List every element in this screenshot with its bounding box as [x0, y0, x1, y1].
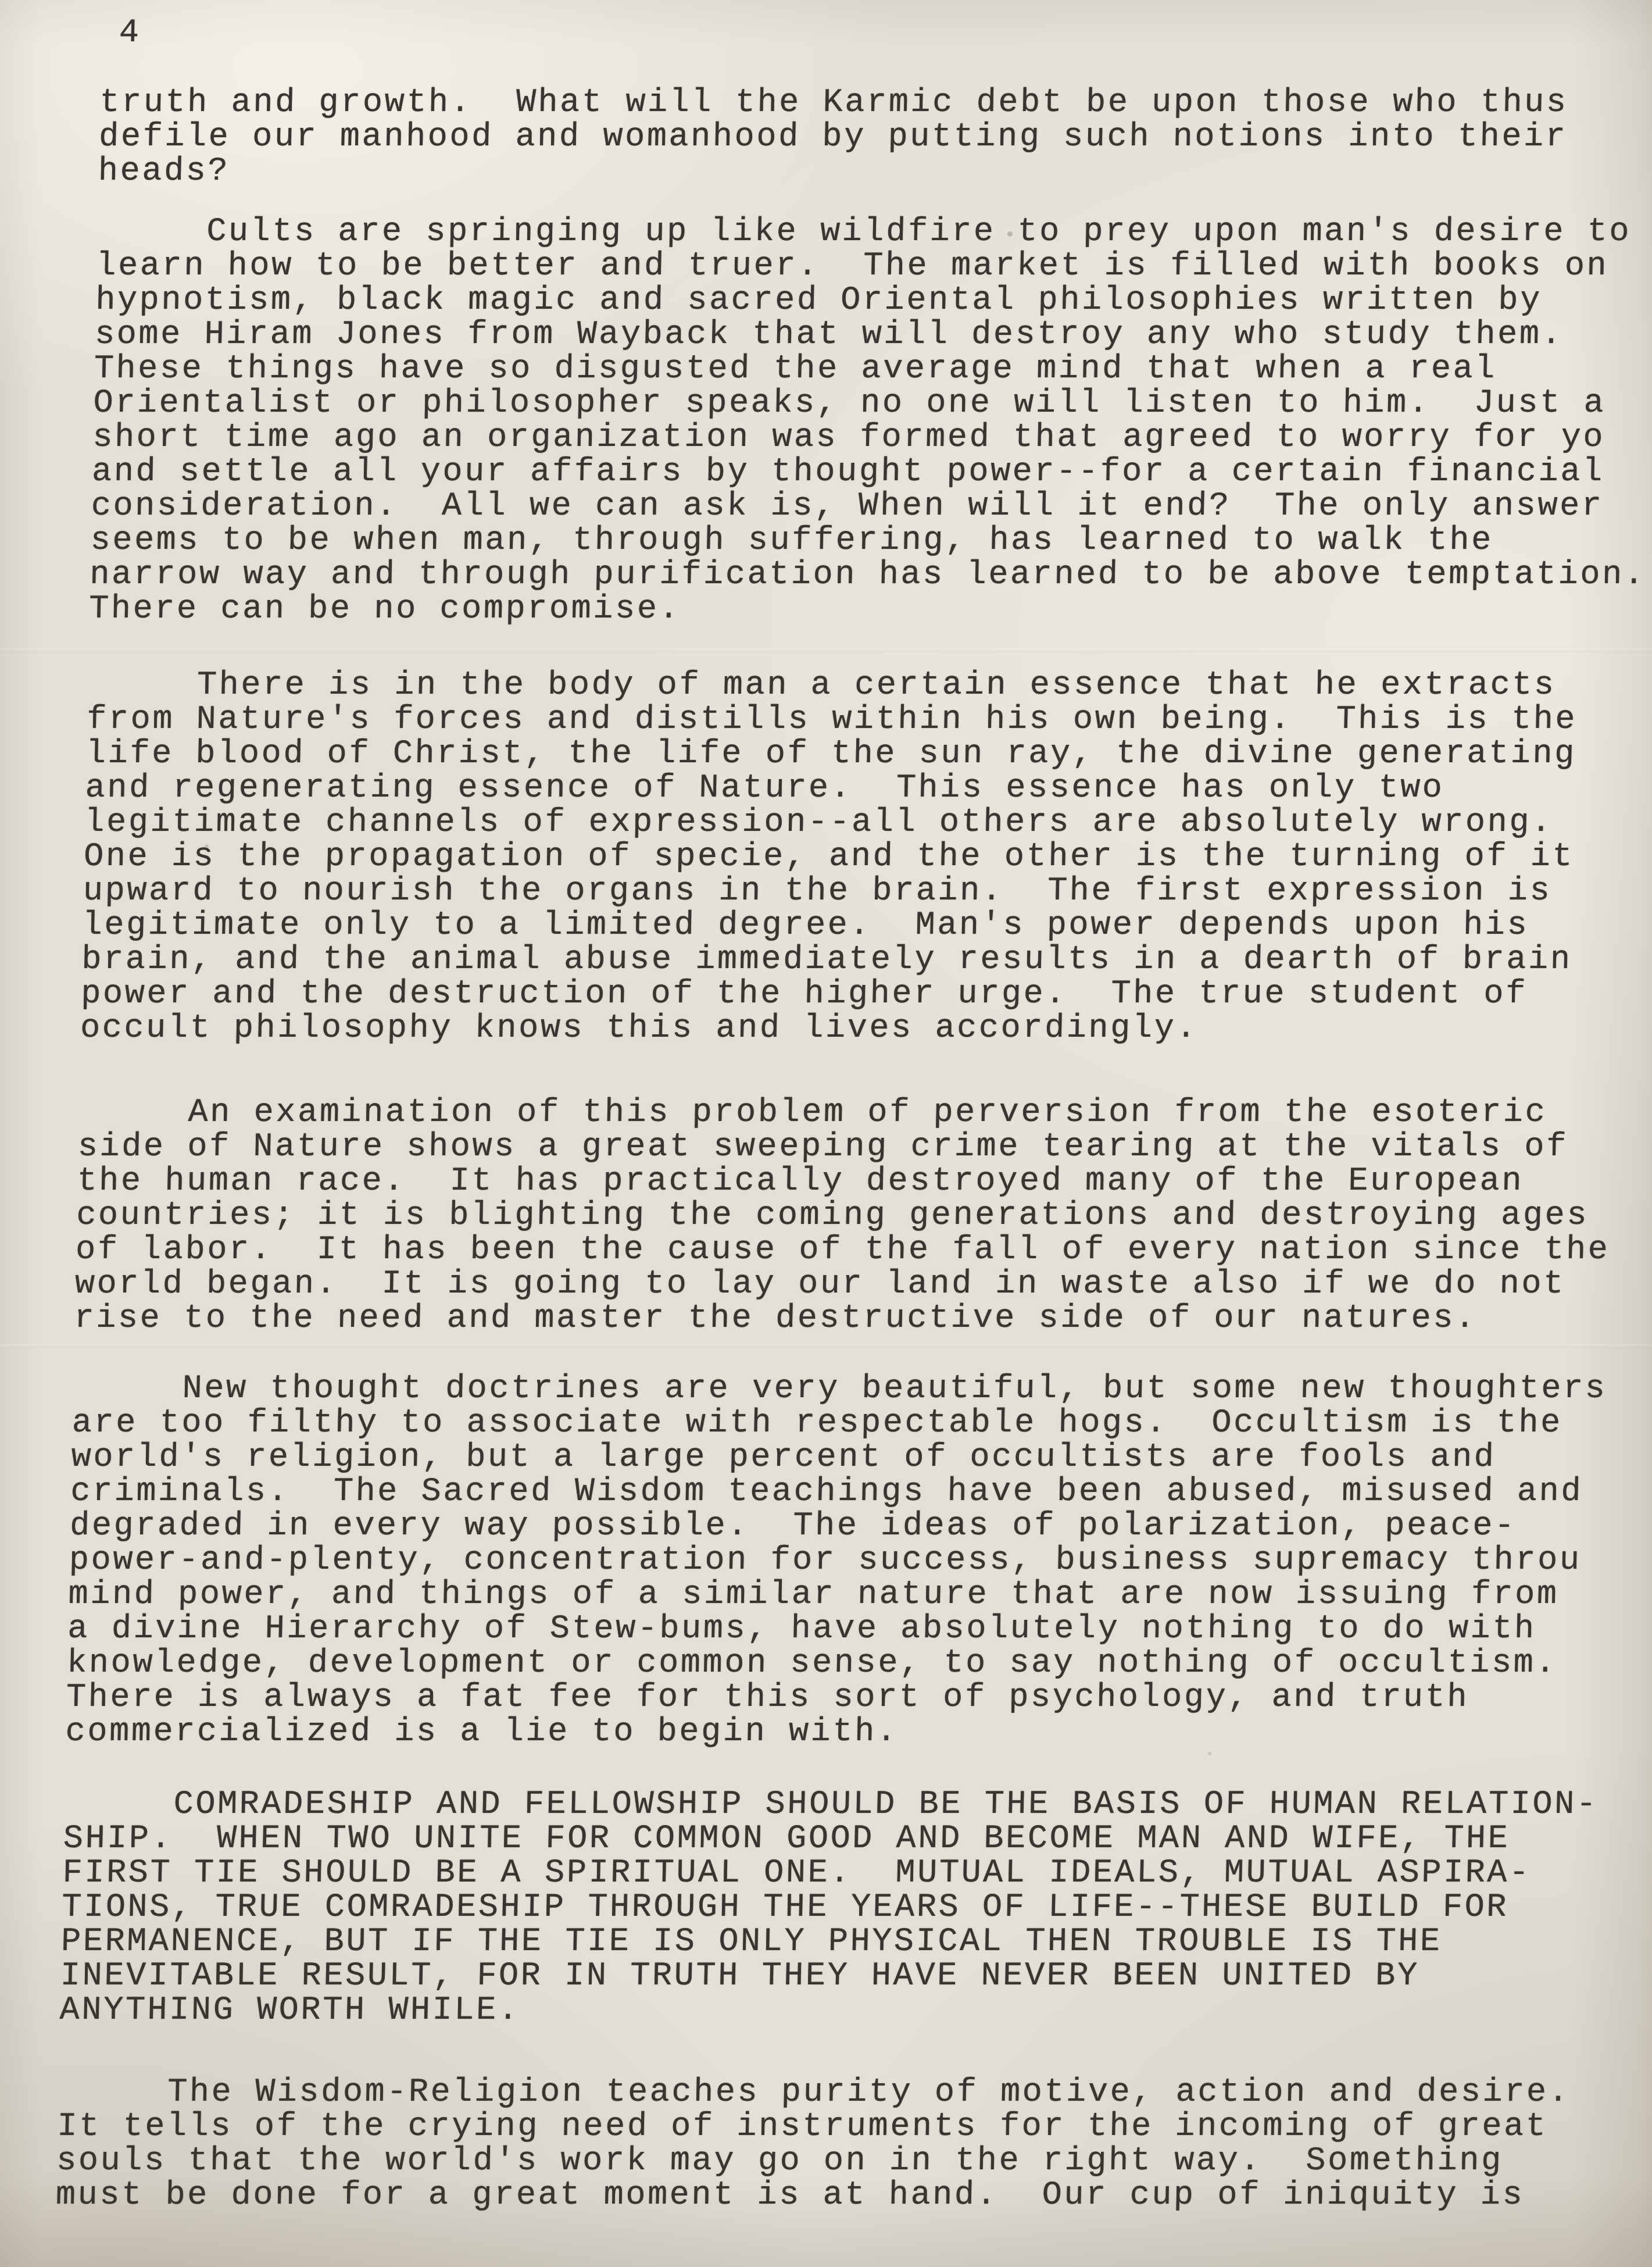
paragraph-karmic-debt: truth and growth. What will the Karmic d… — [98, 86, 1568, 189]
paragraph-comradeship: COMRADESHIP AND FELLOWSHIP SHOULD BE THE… — [59, 1788, 1599, 2028]
page-number: 4 — [119, 16, 141, 51]
paragraph-wisdom-religion: The Wisdom-Religion teaches purity of mo… — [55, 2076, 1571, 2213]
paragraph-cults: Cults are springing up like wildfire to … — [88, 215, 1652, 627]
paragraph-new-thought: New thought doctrines are very beautiful… — [65, 1372, 1607, 1750]
typewritten-text-layer: 4 truth and growth. What will the Karmic… — [0, 0, 1652, 2267]
document-page: 4 truth and growth. What will the Karmic… — [0, 0, 1652, 2267]
paragraph-essence: There is in the body of man a certain es… — [80, 669, 1578, 1046]
paragraph-perversion: An examination of this problem of perver… — [74, 1096, 1613, 1336]
